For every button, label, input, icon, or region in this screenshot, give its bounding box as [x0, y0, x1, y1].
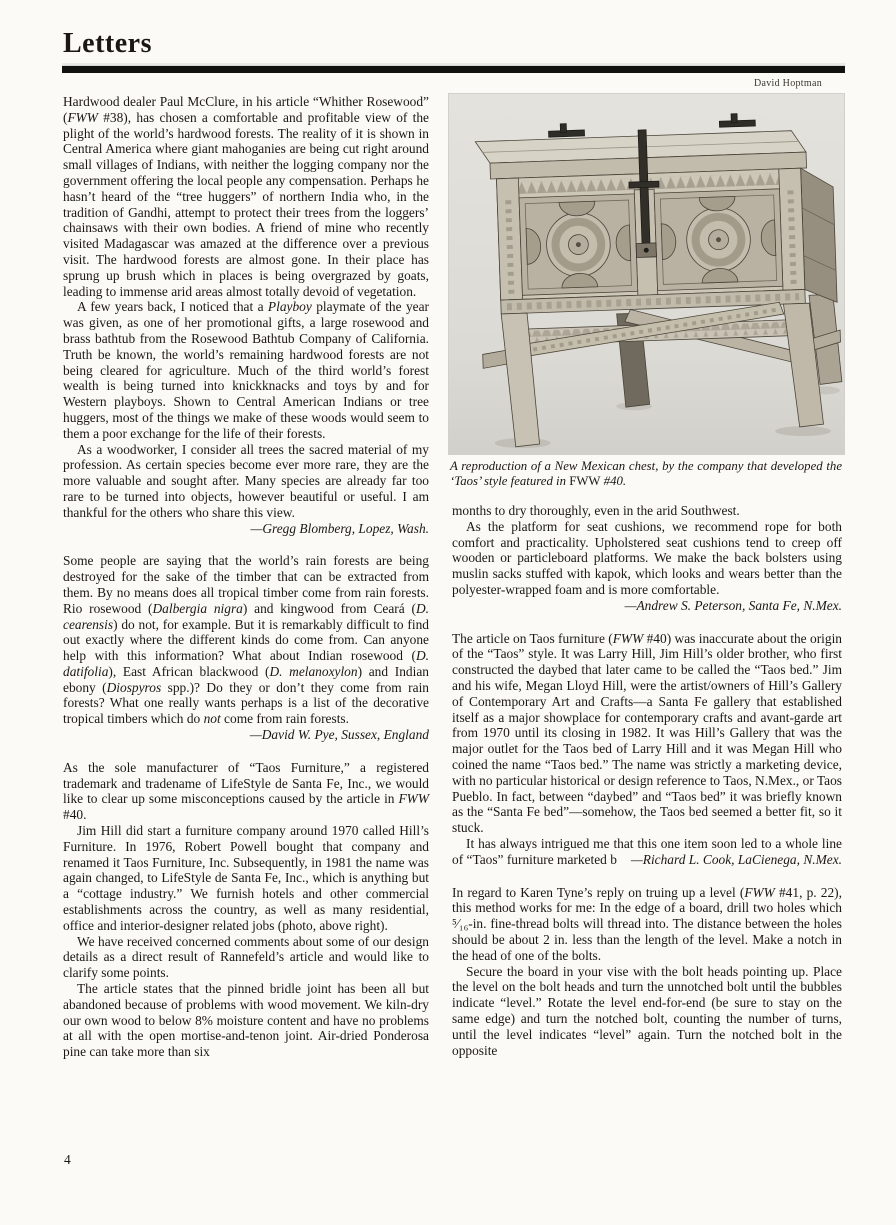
- text-run: #40) was inaccurate about the origin of …: [452, 631, 842, 836]
- signature: —Richard L. Cook, LaCienega, N.Mex.: [617, 852, 842, 868]
- photo-caption: A reproduction of a New Mexican chest, b…: [450, 459, 842, 489]
- italic-text: #40.: [600, 474, 626, 488]
- letter: In regard to Karen Tyne’s reply on truin…: [452, 885, 842, 1059]
- left-column: Hardwood dealer Paul McClure, in his art…: [63, 94, 429, 1077]
- paragraph: Secure the board in your vise with the b…: [452, 964, 842, 1059]
- text-run: ) do not, for example. But it is remarka…: [63, 617, 429, 664]
- text-run: come from rain forests.: [221, 711, 349, 726]
- paragraph: The article on Taos furniture (FWW #40) …: [452, 631, 842, 836]
- text-run: #38), has chosen a comfortable and profi…: [63, 110, 429, 299]
- italic-text: D. melanoxylon: [269, 664, 357, 679]
- text-run: The article states that the pinned bridl…: [63, 981, 429, 1059]
- text-run: A few years back, I noticed that a: [77, 299, 268, 314]
- letter: As the sole manufacturer of “Taos Furnit…: [63, 760, 429, 1060]
- photo-credit: David Hoptman: [700, 78, 822, 89]
- paragraph: A few years back, I noticed that a Playb…: [63, 299, 429, 441]
- page-number: 4: [64, 1152, 71, 1168]
- paragraph: months to dry thoroughly, even in the ar…: [452, 503, 842, 519]
- paragraph: The article states that the pinned bridl…: [63, 981, 429, 1060]
- chest-photo: [448, 93, 845, 455]
- italic-text: FWW: [613, 631, 644, 646]
- text-run: playmate of the year was given, as one o…: [63, 299, 429, 440]
- masthead-rule: [62, 63, 845, 73]
- text-run: Jim Hill did start a furniture company a…: [63, 823, 429, 933]
- chest-side: [801, 167, 838, 303]
- paragraph: Jim Hill did start a furniture company a…: [63, 823, 429, 934]
- italic-text: FWW: [399, 791, 430, 806]
- page-title: Letters: [63, 28, 152, 60]
- text-run: We have received concerned comments abou…: [63, 934, 429, 981]
- text-run: The article on Taos furniture (: [452, 631, 613, 646]
- text-run: ), East African blackwood (: [108, 664, 269, 679]
- paragraph: As the sole manufacturer of “Taos Furnit…: [63, 760, 429, 823]
- italic-text: not: [204, 711, 221, 726]
- signature: —David W. Pye, Sussex, England: [63, 727, 429, 743]
- paragraph: We have received concerned comments abou…: [63, 934, 429, 981]
- paragraph: Some people are saying that the world’s …: [63, 553, 429, 727]
- letter: Some people are saying that the world’s …: [63, 553, 429, 743]
- italic-text: Dalbergia nigra: [152, 601, 242, 616]
- magazine-page: Letters David Hoptman: [0, 0, 896, 1225]
- text-run: As the platform for seat cushions, we re…: [452, 519, 842, 597]
- text-run: In regard to Karen Tyne’s reply on truin…: [452, 885, 744, 900]
- letter: Hardwood dealer Paul McClure, in his art…: [63, 94, 429, 536]
- text-run: FWW: [569, 474, 600, 488]
- italic-text: A reproduction of a New Mexican chest, b…: [450, 459, 842, 488]
- text-run: #40.: [63, 807, 86, 822]
- text-run: ) and kingwood from Ceará (: [243, 601, 416, 616]
- letter: months to dry thoroughly, even in the ar…: [452, 503, 842, 614]
- signature: —Gregg Blomberg, Lopez, Wash.: [63, 521, 429, 537]
- paragraph: As a woodworker, I consider all trees th…: [63, 442, 429, 521]
- italic-text: FWW: [67, 110, 98, 125]
- text-run: Secure the board in your vise with the b…: [452, 964, 842, 1058]
- letter: The article on Taos furniture (FWW #40) …: [452, 631, 842, 868]
- paragraph: Hardwood dealer Paul McClure, in his art…: [63, 94, 429, 299]
- right-column: months to dry thoroughly, even in the ar…: [452, 503, 842, 1075]
- paragraph: In regard to Karen Tyne’s reply on truin…: [452, 885, 842, 964]
- text-run: months to dry thoroughly, even in the ar…: [452, 503, 740, 518]
- chest-illustration: [449, 94, 844, 454]
- italic-text: FWW: [744, 885, 775, 900]
- paragraph: As the platform for seat cushions, we re…: [452, 519, 842, 598]
- paragraph: It has always intrigued me that this one…: [452, 836, 842, 868]
- signature: —Andrew S. Peterson, Santa Fe, N.Mex.: [452, 598, 842, 614]
- text-run: As the sole manufacturer of “Taos Furnit…: [63, 760, 429, 807]
- italic-text: Playboy: [268, 299, 312, 314]
- italic-text: Diospyros: [107, 680, 162, 695]
- text-run: As a woodworker, I consider all trees th…: [63, 442, 429, 520]
